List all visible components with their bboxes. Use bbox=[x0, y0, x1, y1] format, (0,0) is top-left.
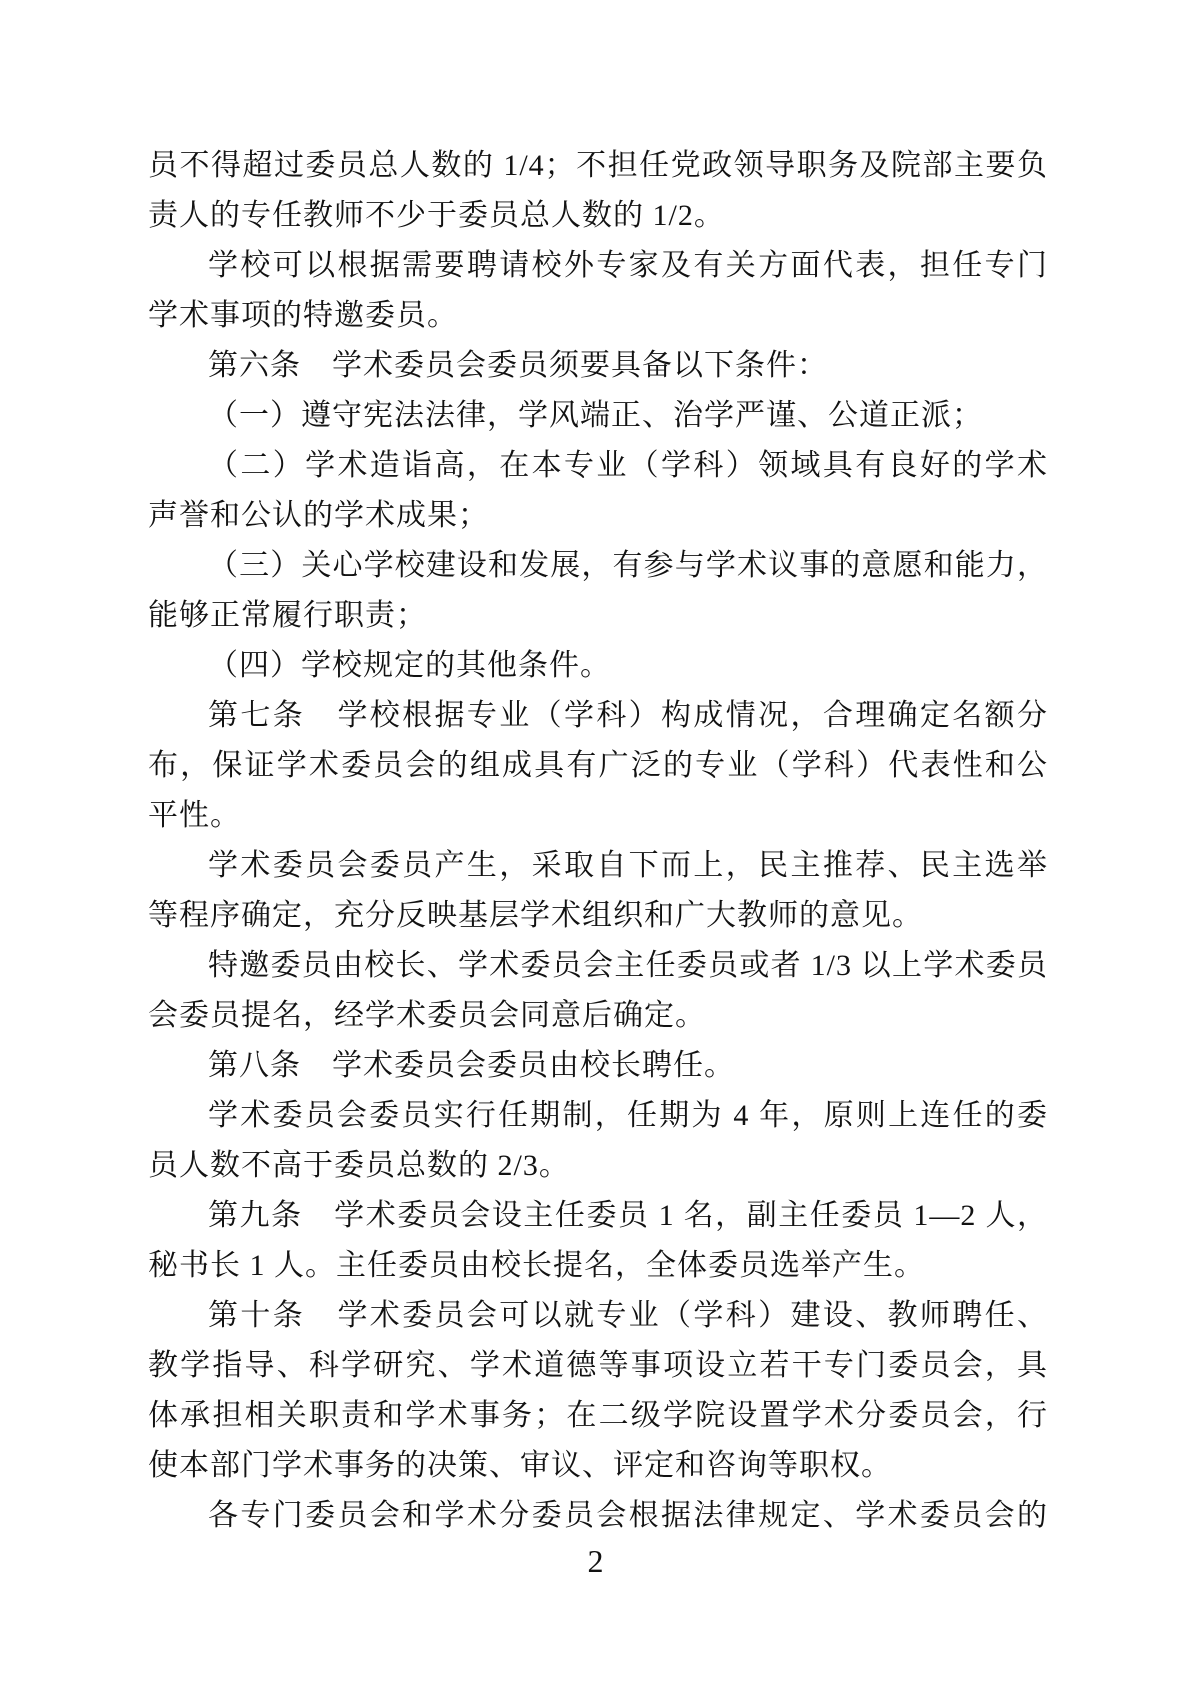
document-page: 员不得超过委员总人数的 1/4；不担任党政领导职务及院部主要负责人的专任教师不少… bbox=[0, 0, 1191, 1684]
text-line: 体承担相关职责和学术事务；在二级学院设置学术分委员会，行 bbox=[148, 1391, 1048, 1441]
text-line: 各专门委员会和学术分委员会根据法律规定、学术委员会的 bbox=[148, 1491, 1048, 1541]
text-line: 第十条 学术委员会可以就专业（学科）建设、教师聘任、 bbox=[148, 1291, 1048, 1341]
text-line: 能够正常履行职责； bbox=[148, 591, 1048, 641]
text-line: 使本部门学术事务的决策、审议、评定和咨询等职权。 bbox=[148, 1441, 1048, 1491]
document-body: 员不得超过委员总人数的 1/4；不担任党政领导职务及院部主要负责人的专任教师不少… bbox=[148, 141, 1048, 1541]
text-line: 教学指导、科学研究、学术道德等事项设立若干专门委员会，具 bbox=[148, 1341, 1048, 1391]
text-line: 第八条 学术委员会委员由校长聘任。 bbox=[148, 1041, 1048, 1091]
text-line: 特邀委员由校长、学术委员会主任委员或者 1/3 以上学术委员 bbox=[148, 941, 1048, 991]
text-line: （二）学术造诣高，在本专业（学科）领域具有良好的学术 bbox=[148, 441, 1048, 491]
text-line: 第六条 学术委员会委员须要具备以下条件： bbox=[148, 341, 1048, 391]
text-line: 员人数不高于委员总数的 2/3。 bbox=[148, 1141, 1048, 1191]
text-line: 学校可以根据需要聘请校外专家及有关方面代表，担任专门 bbox=[148, 241, 1048, 291]
text-line: （四）学校规定的其他条件。 bbox=[148, 641, 1048, 691]
text-line: 学术委员会委员实行任期制，任期为 4 年，原则上连任的委 bbox=[148, 1091, 1048, 1141]
text-line: 责人的专任教师不少于委员总人数的 1/2。 bbox=[148, 191, 1048, 241]
text-line: 学术事项的特邀委员。 bbox=[148, 291, 1048, 341]
text-line: 平性。 bbox=[148, 791, 1048, 841]
text-line: 第九条 学术委员会设主任委员 1 名，副主任委员 1—2 人， bbox=[148, 1191, 1048, 1241]
text-line: （三）关心学校建设和发展，有参与学术议事的意愿和能力， bbox=[148, 541, 1048, 591]
page-number: 2 bbox=[0, 1541, 1191, 1581]
text-line: （一）遵守宪法法律，学风端正、治学严谨、公道正派； bbox=[148, 391, 1048, 441]
text-line: 布，保证学术委员会的组成具有广泛的专业（学科）代表性和公 bbox=[148, 741, 1048, 791]
text-line: 等程序确定，充分反映基层学术组织和广大教师的意见。 bbox=[148, 891, 1048, 941]
text-line: 第七条 学校根据专业（学科）构成情况，合理确定名额分 bbox=[148, 691, 1048, 741]
text-line: 秘书长 1 人。主任委员由校长提名，全体委员选举产生。 bbox=[148, 1241, 1048, 1291]
text-line: 学术委员会委员产生，采取自下而上，民主推荐、民主选举 bbox=[148, 841, 1048, 891]
text-line: 会委员提名，经学术委员会同意后确定。 bbox=[148, 991, 1048, 1041]
text-line: 员不得超过委员总人数的 1/4；不担任党政领导职务及院部主要负 bbox=[148, 141, 1048, 191]
text-line: 声誉和公认的学术成果； bbox=[148, 491, 1048, 541]
